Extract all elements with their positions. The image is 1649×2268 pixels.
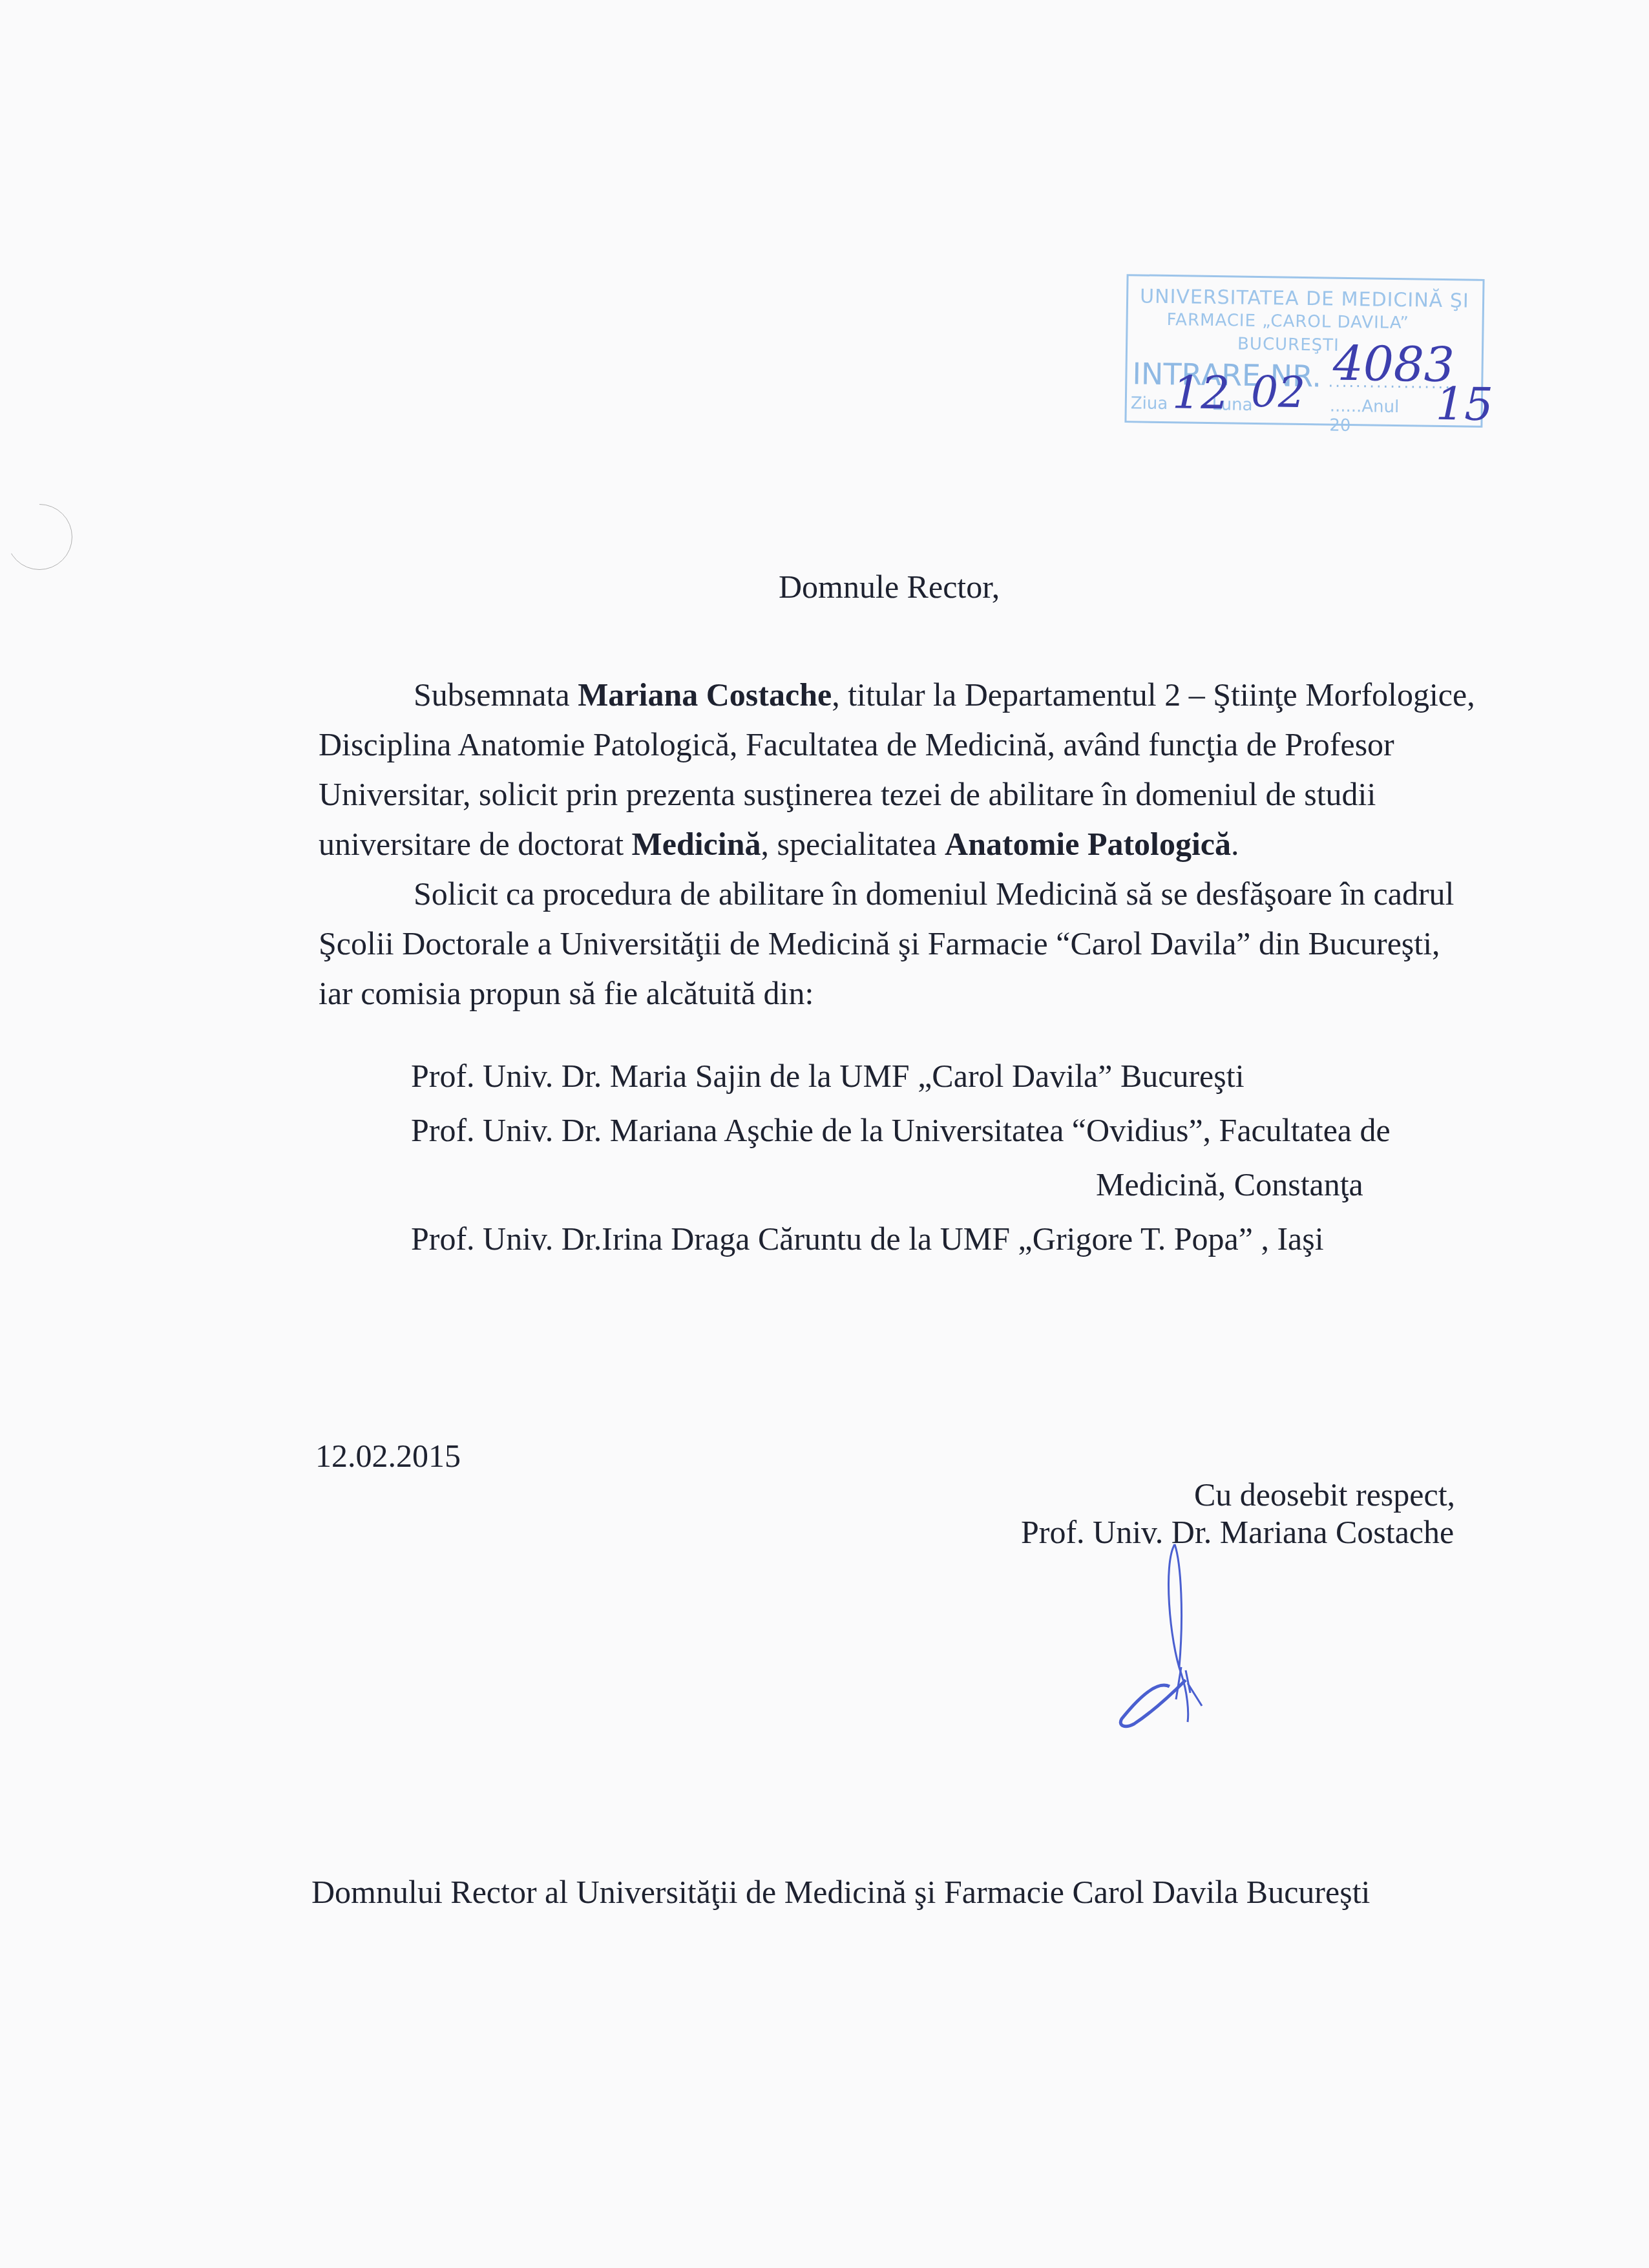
paragraph-2-line-2: Şcolii Doctorale a Universităţii de Medi… [319, 927, 1440, 960]
day-label: Ziua [1131, 394, 1168, 414]
closing: Cu deosebit respect, [1194, 1478, 1455, 1511]
letter-date: 12.02.2015 [315, 1440, 461, 1472]
salutation: Domnule Rector, [779, 571, 1000, 603]
committee-member-2-continued: Medicină, Constanţa [1096, 1168, 1363, 1201]
stamp-line-3: BUCUREŞTI [1237, 335, 1339, 355]
committee-member-2: Prof. Univ. Dr. Mariana Aşchie de la Uni… [411, 1114, 1391, 1146]
punch-hole-mark [6, 504, 72, 570]
handwritten-year: 15 [1435, 377, 1493, 431]
paragraph-1-line-1: Subsemnata Mariana Costache, titular la … [414, 678, 1475, 711]
handwritten-month: 02 [1251, 367, 1306, 417]
addressee: Domnului Rector al Universităţii de Medi… [311, 1876, 1370, 1908]
paragraph-1-line-4: universitare de doctorat Medicină, speci… [319, 828, 1239, 860]
paragraph-2-line-3: iar comisia propun să fie alcătuită din: [319, 977, 814, 1009]
handwritten-day: 12 [1172, 366, 1230, 419]
paragraph-2-line-1: Solicit ca procedura de abilitare în dom… [414, 877, 1455, 910]
doctoral-domain: Medicină [632, 826, 761, 862]
paragraph-1-line-3: Universitar, solicit prin prezenta susţi… [319, 778, 1376, 810]
stamp-line-1: UNIVERSITATEA DE MEDICINĂ ŞI [1140, 285, 1469, 312]
committee-member-1: Prof. Univ. Dr. Maria Sajin de la UMF „C… [411, 1060, 1245, 1092]
signature [1098, 1538, 1266, 1732]
paragraph-1-line-2: Disciplina Anatomie Patologică, Facultat… [319, 728, 1394, 761]
registration-stamp: UNIVERSITATEA DE MEDICINĂ ŞI FARMACIE „C… [1124, 274, 1484, 428]
stamp-line-2: FARMACIE „CAROL DAVILA” [1166, 310, 1409, 333]
specialty: Anatomie Patologică [945, 826, 1231, 862]
committee-member-3: Prof. Univ. Dr.Irina Draga Căruntu de la… [411, 1223, 1324, 1255]
applicant-name: Mariana Costache [578, 677, 832, 713]
year-label: ......Anul 20 [1329, 397, 1399, 436]
